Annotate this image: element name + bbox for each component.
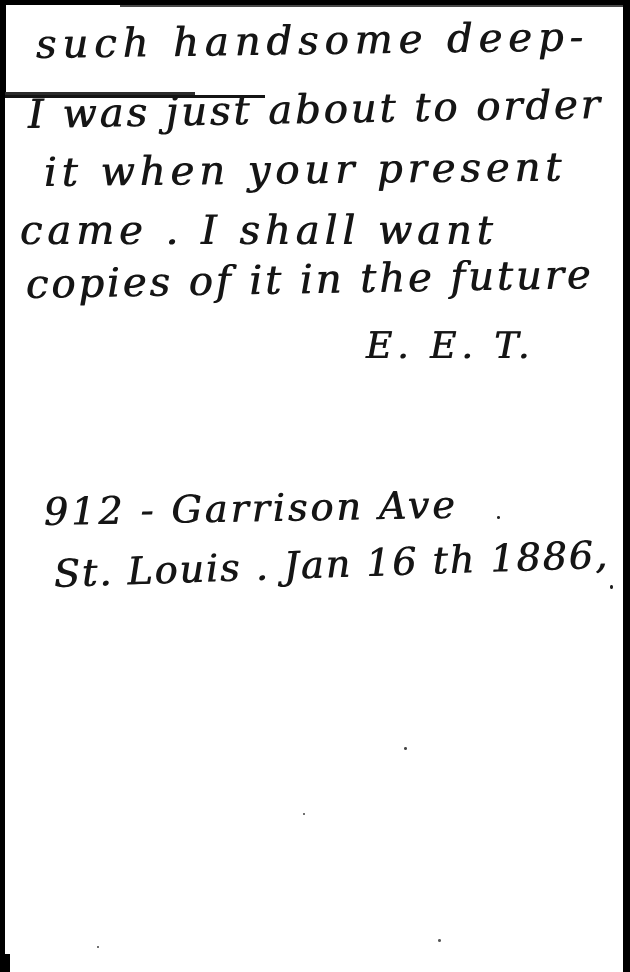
scan-edge-top-secondary — [120, 5, 630, 7]
body-line-1: such handsome deep- — [36, 14, 590, 68]
body-line-4: came . I shall want — [20, 208, 498, 254]
body-line-3: it when your present — [44, 145, 567, 196]
scan-edge-left — [0, 0, 5, 972]
dust-speck — [610, 585, 613, 589]
body-line-5: copies of it in the future — [26, 252, 594, 308]
scan-edge-right — [623, 0, 630, 972]
dust-speck — [97, 946, 99, 948]
signature-initials: E. E. T. — [366, 326, 535, 367]
dust-speck — [404, 747, 407, 750]
place-date-line: St. Louis . Jan 16 th 1886, — [53, 533, 610, 596]
dust-speck — [303, 813, 305, 815]
letter-page: such handsome deep- I was just about to … — [0, 0, 630, 972]
dust-speck — [438, 939, 441, 942]
address-line: 912 - Garrison Ave — [44, 483, 459, 534]
body-line-2: I was just about to order — [28, 82, 604, 138]
scan-edge-bottom-left-corner — [0, 954, 10, 972]
dust-speck — [497, 516, 500, 519]
